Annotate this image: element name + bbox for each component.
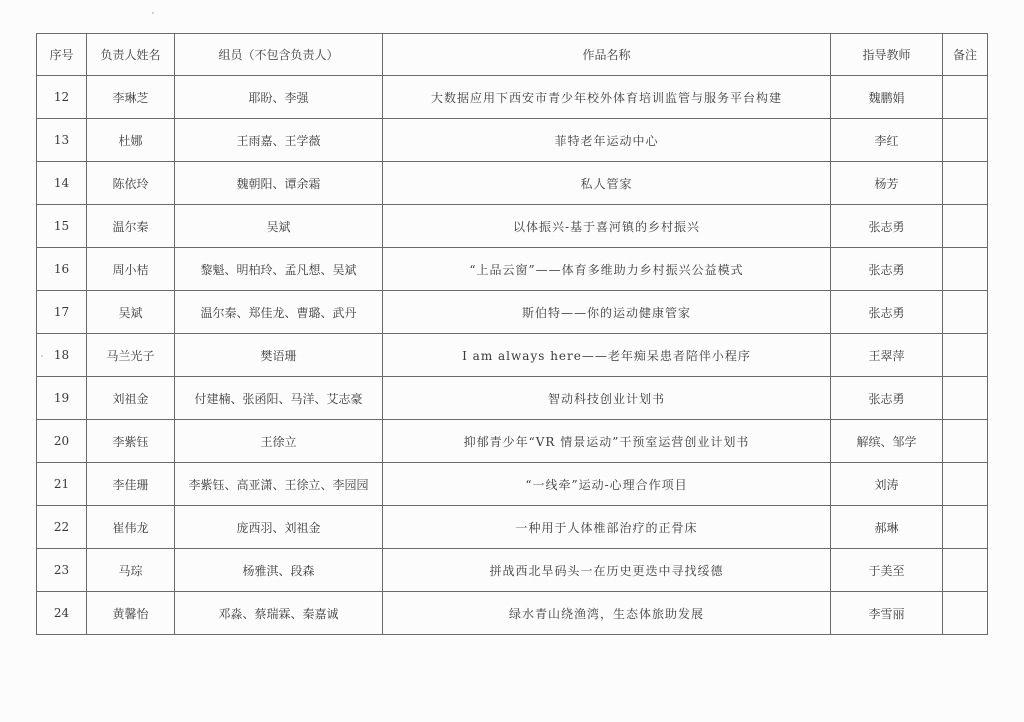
cell-advisor: 李雪丽	[831, 592, 943, 635]
header-members: 组员（不包含负责人）	[175, 34, 383, 76]
cell-notes	[943, 291, 988, 334]
cell-members: 樊语珊	[175, 334, 383, 377]
cell-notes	[943, 549, 988, 592]
cell-advisor: 王翠萍	[831, 334, 943, 377]
cell-members: 庞西羽、刘祖金	[175, 506, 383, 549]
table-row: 18 马兰光子 樊语珊 I am always here——老年痴呆患者陪伴小程…	[37, 334, 988, 377]
table-row: 21 李佳珊 李紫钰、高亚潇、王徐立、李园园 “一线牵”运动-心理合作项目 刘涛	[37, 463, 988, 506]
table-row: 17 吴斌 温尔秦、郑佳龙、曹璐、武丹 斯伯特——你的运动健康管家 张志勇	[37, 291, 988, 334]
cell-leader: 刘祖金	[87, 377, 175, 420]
cell-advisor: 张志勇	[831, 248, 943, 291]
cell-notes	[943, 463, 988, 506]
cell-advisor: 解缤、邹学	[831, 420, 943, 463]
table-row: 22 崔伟龙 庞西羽、刘祖金 一种用于人体椎部治疗的正骨床 郝琳	[37, 506, 988, 549]
cell-index: 14	[37, 162, 87, 205]
cell-project: 以体振兴-基于喜河镇的乡村振兴	[383, 205, 831, 248]
cell-index: 19	[37, 377, 87, 420]
cell-index: 24	[37, 592, 87, 635]
cell-members: 魏朝阳、谭余霜	[175, 162, 383, 205]
table-row: 12 李琳芝 耶盼、李强 大数据应用下西安市青少年校外体育培训监管与服务平台构建…	[37, 76, 988, 119]
cell-leader: 崔伟龙	[87, 506, 175, 549]
cell-leader: 吴斌	[87, 291, 175, 334]
cell-leader: 李紫钰	[87, 420, 175, 463]
cell-leader: 马琮	[87, 549, 175, 592]
cell-notes	[943, 205, 988, 248]
cell-project: 私人管家	[383, 162, 831, 205]
cell-notes	[943, 506, 988, 549]
cell-advisor: 于美至	[831, 549, 943, 592]
cell-project: “上品云窗”——体育多维助力乡村振兴公益模式	[383, 248, 831, 291]
cell-advisor: 张志勇	[831, 205, 943, 248]
cell-project: 大数据应用下西安市青少年校外体育培训监管与服务平台构建	[383, 76, 831, 119]
table-row: 14 陈依玲 魏朝阳、谭余霜 私人管家 杨芳	[37, 162, 988, 205]
cell-project: 斯伯特——你的运动健康管家	[383, 291, 831, 334]
cell-members: 邓淼、蔡瑞霖、秦嘉诚	[175, 592, 383, 635]
header-notes: 备注	[943, 34, 988, 76]
cell-advisor: 郝琳	[831, 506, 943, 549]
cell-project: 绿水青山绕渔湾，生态体旅助发展	[383, 592, 831, 635]
cell-advisor: 张志勇	[831, 377, 943, 420]
header-advisor: 指导教师	[831, 34, 943, 76]
cell-project: 智动科技创业计划书	[383, 377, 831, 420]
cell-notes	[943, 377, 988, 420]
cell-index: 23	[37, 549, 87, 592]
cell-project: “一线牵”运动-心理合作项目	[383, 463, 831, 506]
cell-members: 黎魁、明柏玲、孟凡想、吴斌	[175, 248, 383, 291]
table-row: 15 温尔秦 吴斌 以体振兴-基于喜河镇的乡村振兴 张志勇	[37, 205, 988, 248]
table-row: 19 刘祖金 付建楠、张函阳、马洋、艾志豪 智动科技创业计划书 张志勇	[37, 377, 988, 420]
cell-leader: 马兰光子	[87, 334, 175, 377]
cell-index: 21	[37, 463, 87, 506]
table-row: 16 周小桔 黎魁、明柏玲、孟凡想、吴斌 “上品云窗”——体育多维助力乡村振兴公…	[37, 248, 988, 291]
cell-notes	[943, 334, 988, 377]
cell-notes	[943, 248, 988, 291]
table-header-row: 序号 负责人姓名 组员（不包含负责人） 作品名称 指导教师 备注	[37, 34, 988, 76]
cell-index: 16	[37, 248, 87, 291]
cell-members: 温尔秦、郑佳龙、曹璐、武丹	[175, 291, 383, 334]
cell-project: 一种用于人体椎部治疗的正骨床	[383, 506, 831, 549]
cell-project: 拼战西北旱码头一在历史更迭中寻找绥德	[383, 549, 831, 592]
cell-index: 17	[37, 291, 87, 334]
cell-leader: 陈依玲	[87, 162, 175, 205]
scan-speck	[152, 12, 154, 14]
cell-index: 12	[37, 76, 87, 119]
header-project: 作品名称	[383, 34, 831, 76]
cell-members: 杨雅淇、段森	[175, 549, 383, 592]
cell-leader: 黄馨怡	[87, 592, 175, 635]
cell-project: I am always here——老年痴呆患者陪伴小程序	[383, 334, 831, 377]
cell-leader: 李琳芝	[87, 76, 175, 119]
cell-project: 抑郁青少年“VR 情景运动”干预室运营创业计划书	[383, 420, 831, 463]
cell-notes	[943, 119, 988, 162]
cell-index: 13	[37, 119, 87, 162]
cell-advisor: 李红	[831, 119, 943, 162]
cell-notes	[943, 420, 988, 463]
cell-advisor: 刘涛	[831, 463, 943, 506]
header-index: 序号	[37, 34, 87, 76]
scanned-page: 序号 负责人姓名 组员（不包含负责人） 作品名称 指导教师 备注 12 李琳芝 …	[0, 0, 1024, 722]
cell-leader: 李佳珊	[87, 463, 175, 506]
cell-leader: 杜娜	[87, 119, 175, 162]
cell-advisor: 魏鹏娟	[831, 76, 943, 119]
cell-advisor: 杨芳	[831, 162, 943, 205]
cell-index: 22	[37, 506, 87, 549]
cell-advisor: 张志勇	[831, 291, 943, 334]
cell-members: 吴斌	[175, 205, 383, 248]
table-row: 23 马琮 杨雅淇、段森 拼战西北旱码头一在历史更迭中寻找绥德 于美至	[37, 549, 988, 592]
header-leader: 负责人姓名	[87, 34, 175, 76]
cell-members: 耶盼、李强	[175, 76, 383, 119]
cell-index: 20	[37, 420, 87, 463]
cell-notes	[943, 76, 988, 119]
project-roster-table: 序号 负责人姓名 组员（不包含负责人） 作品名称 指导教师 备注 12 李琳芝 …	[36, 33, 988, 635]
cell-leader: 温尔秦	[87, 205, 175, 248]
cell-index: 15	[37, 205, 87, 248]
cell-project: 菲特老年运动中心	[383, 119, 831, 162]
table-row: 24 黄馨怡 邓淼、蔡瑞霖、秦嘉诚 绿水青山绕渔湾，生态体旅助发展 李雪丽	[37, 592, 988, 635]
cell-notes	[943, 592, 988, 635]
cell-notes	[943, 162, 988, 205]
table-row: 13 杜娜 王雨嘉、王学薇 菲特老年运动中心 李红	[37, 119, 988, 162]
cell-members: 王雨嘉、王学薇	[175, 119, 383, 162]
cell-index: 18	[37, 334, 87, 377]
cell-members: 李紫钰、高亚潇、王徐立、李园园	[175, 463, 383, 506]
cell-members: 王徐立	[175, 420, 383, 463]
cell-members: 付建楠、张函阳、马洋、艾志豪	[175, 377, 383, 420]
cell-leader: 周小桔	[87, 248, 175, 291]
table-row: 20 李紫钰 王徐立 抑郁青少年“VR 情景运动”干预室运营创业计划书 解缤、邹…	[37, 420, 988, 463]
